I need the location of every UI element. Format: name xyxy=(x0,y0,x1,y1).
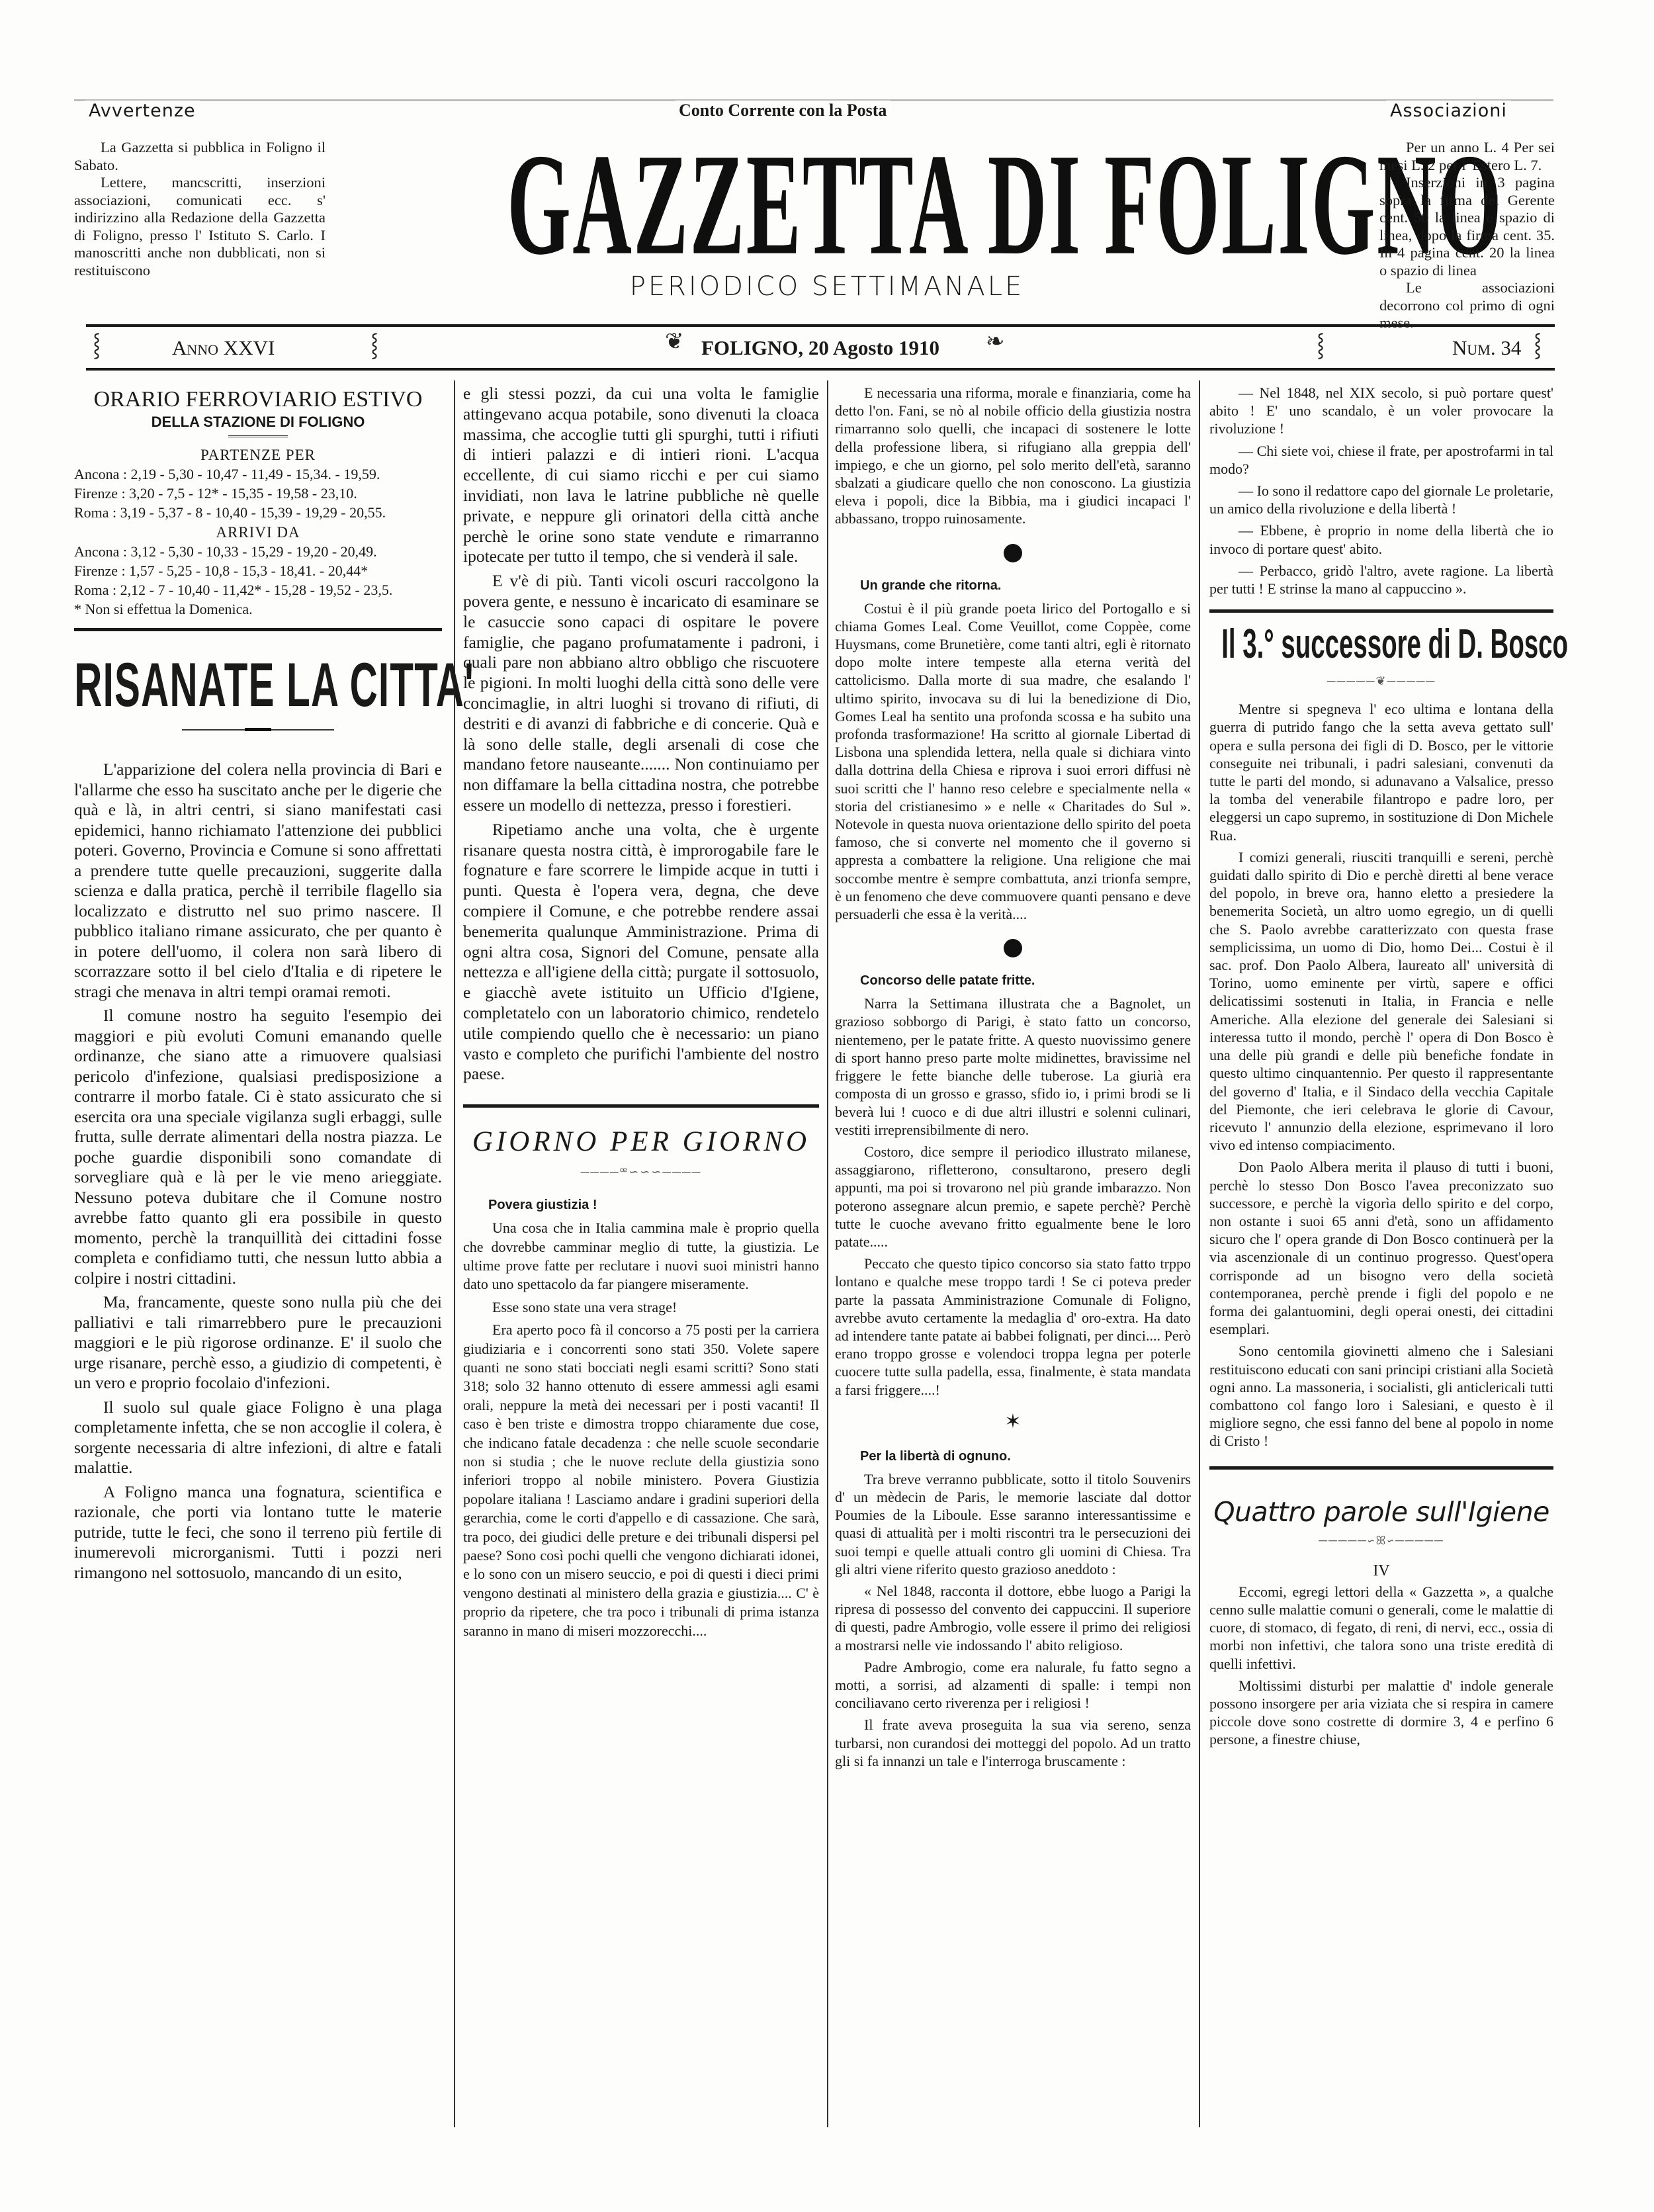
paragraph: — Io sono il redattore capo del giornale… xyxy=(1209,482,1553,517)
headline-quattro-parole: Quattro parole sull'Igiene xyxy=(1209,1493,1553,1530)
paragraph: E v'è di più. Tanti vicoli oscuri raccol… xyxy=(463,571,819,816)
city-label: Roma : xyxy=(74,504,116,521)
arrival-row: Firenze : 1,57 - 5,25 - 10,8 - 15,3 - 18… xyxy=(74,561,442,580)
bullet-separator-icon xyxy=(1004,544,1022,562)
paragraph: e gli stessi pozzi, da cui una volta le … xyxy=(463,384,819,567)
times: 2,19 - 5,30 - 10,47 - 11,49 - 15,34. - 1… xyxy=(131,466,380,482)
section-number: IV xyxy=(1209,1562,1553,1580)
anno-label: Anno XXVI xyxy=(172,336,275,360)
associazioni-label: Associazioni xyxy=(1386,101,1511,121)
departure-row: Ancona : 2,19 - 5,30 - 10,47 - 11,49 - 1… xyxy=(74,465,442,484)
paragraph: I comizi generali, riusciti tranquilli e… xyxy=(1209,848,1553,1154)
section-rule xyxy=(463,1104,819,1108)
paragraph: Moltissimi disturbi per malattie d' indo… xyxy=(1209,1677,1553,1749)
article-povera-giustizia: Una cosa che in Italia cammina male è pr… xyxy=(463,1219,819,1640)
paragraph: Il suolo sul quale giace Foligno è una p… xyxy=(74,1397,442,1478)
timetable-footnote: * Non si effettua la Domenica. xyxy=(74,599,442,619)
headline-risanate: RISANATE LA CITTA' xyxy=(74,650,442,720)
fleuron-icon: ❧ xyxy=(986,328,1005,355)
paragraph: Costoro, dice sempre il periodico illust… xyxy=(835,1143,1191,1251)
flourish-ornament-icon: ─────∽ꕤ∽───── xyxy=(1209,1530,1553,1550)
fleuron-icon: ❦ xyxy=(665,328,684,355)
paragraph: Costui è il più grande poeta lirico del … xyxy=(835,599,1191,924)
arrival-row: Roma : 2,12 - 7 - 10,40 - 11,42* - 15,28… xyxy=(74,580,442,599)
arrival-row: Ancona : 3,12 - 5,30 - 10,33 - 15,29 - 1… xyxy=(74,542,442,561)
avvertenze-text: La Gazzetta si pubblica in Foligno il Sa… xyxy=(74,139,326,174)
paragraph: Il comune nostro ha seguito l'esempio de… xyxy=(74,1006,442,1288)
arrivals-heading: ARRIVI DA xyxy=(74,523,442,542)
star-separator-icon: ✶ xyxy=(835,1411,1191,1433)
flourish-ornament-icon: ─────❦───── xyxy=(1209,671,1553,691)
column-4: — Nel 1848, nel XIX secolo, si può porta… xyxy=(1209,384,1553,1753)
paragraph: Don Paolo Albera merita il plauso di tut… xyxy=(1209,1158,1553,1338)
associazioni-text: Inserzioni in 3 pagina sopra la firma de… xyxy=(1379,174,1555,279)
paragraph: Eccomi, egregi lettori della « Gazzetta … xyxy=(1209,1583,1553,1673)
train-timetable: ORARIO FERROVIARIO ESTIVO DELLA STAZIONE… xyxy=(74,386,442,619)
newspaper-page: Avvertenze Conto Corrente con la Posta A… xyxy=(0,0,1654,2212)
paragraph: Era aperto poco fà il concorso a 75 post… xyxy=(463,1321,819,1640)
city-label: Firenze : xyxy=(74,485,126,502)
departure-row: Firenze : 3,20 - 7,5 - 12* - 15,35 - 19,… xyxy=(74,484,442,503)
paragraph: Padre Ambrogio, come era nalurale, fu fa… xyxy=(835,1658,1191,1712)
departure-row: Roma : 3,19 - 5,37 - 8 - 10,40 - 15,39 -… xyxy=(74,503,442,522)
departures-heading: PARTENZE PER xyxy=(74,446,442,465)
times: 1,57 - 5,25 - 10,8 - 15,3 - 18,41. - 20,… xyxy=(129,562,368,579)
associazioni-box: Per un anno L. 4 Per sei mesi L. 2 per l… xyxy=(1379,139,1555,332)
times: 2,12 - 7 - 10,40 - 11,42* - 15,28 - 19,5… xyxy=(120,582,393,598)
newspaper-subtitle: PERIODICO SETTIMANALE xyxy=(311,271,1343,302)
article-risanate-continued: e gli stessi pozzi, da cui una volta le … xyxy=(463,384,819,1084)
times: 3,20 - 7,5 - 12* - 15,35 - 19,58 - 23,10… xyxy=(129,485,357,502)
paragraph: Peccato che questo tipico concorso sia s… xyxy=(835,1255,1191,1399)
paragraph: A Foligno manca una fognatura, scientifi… xyxy=(74,1482,442,1583)
column-divider xyxy=(1199,380,1200,2127)
avvertenze-box: La Gazzetta si pubblica in Foligno il Sa… xyxy=(74,139,326,279)
city-label: Ancona : xyxy=(74,543,127,560)
article-risanate: L'apparizione del colera nella provincia… xyxy=(74,760,442,1583)
column-divider xyxy=(827,380,828,2127)
ornament-icon: ⸾ xyxy=(93,328,101,359)
issue-number: Num. 34 xyxy=(1452,336,1521,360)
ornament-icon: ⸾ xyxy=(370,328,378,359)
paragraph: — Chi siete voi, chiese il frate, per ap… xyxy=(1209,442,1553,478)
column-1: ORARIO FERROVIARIO ESTIVO DELLA STAZIONE… xyxy=(74,384,442,1587)
paragraph: Sono centomila giovinetti almeno che i S… xyxy=(1209,1342,1553,1450)
city-label: Firenze : xyxy=(74,562,126,579)
section-rule xyxy=(1209,609,1553,613)
city-label: Roma : xyxy=(74,582,116,598)
headline-successore-bosco: Il 3.° successore di D. Bosco xyxy=(1221,618,1542,671)
column-2: e gli stessi pozzi, da cui una volta le … xyxy=(463,384,819,1644)
column-3: E necessaria una riforma, morale e finan… xyxy=(835,384,1191,1774)
subheading-patate-fritte: Concorso delle patate fritte. xyxy=(860,971,1191,991)
paragraph: Esse sono state una vera strage! xyxy=(463,1298,819,1317)
associazioni-text: Per un anno L. 4 Per sei mesi L. 2 per l… xyxy=(1379,139,1555,174)
section-rule xyxy=(74,628,442,631)
timetable-subtitle: DELLA STAZIONE DI FOLIGNO xyxy=(74,413,442,431)
paragraph: L'apparizione del colera nella provincia… xyxy=(74,760,442,1002)
timetable-title: ORARIO FERROVIARIO ESTIVO xyxy=(74,386,442,413)
paragraph: Mentre si spegneva l' eco ultima e lonta… xyxy=(1209,700,1553,844)
bullet-separator-icon xyxy=(1004,939,1022,957)
paragraph: — Perbacco, gridò l'altro, avete ragione… xyxy=(1209,562,1553,597)
paragraph: — Ebbene, è proprio in nome della libert… xyxy=(1209,521,1553,557)
headline-giorno-per-giorno: GIORNO PER GIORNO xyxy=(463,1122,819,1162)
divider xyxy=(228,435,288,439)
paragraph: Ripetiamo anche una volta, che è urgente… xyxy=(463,820,819,1084)
newspaper-title: GAZZETTA DI FOLIGNO xyxy=(507,132,1147,278)
paragraph: « Nel 1848, racconta il dottore, ebbe lu… xyxy=(835,1582,1191,1654)
conto-corrente-label: Conto Corrente con la Posta xyxy=(675,101,891,120)
flourish-ornament-icon: ────ꟹ∽∽∽──── xyxy=(463,1162,819,1182)
paragraph: — Nel 1848, nel XIX secolo, si può porta… xyxy=(1209,384,1553,438)
section-rule xyxy=(1209,1466,1553,1470)
times: 3,19 - 5,37 - 8 - 10,40 - 15,39 - 19,29 … xyxy=(120,504,386,521)
paragraph: E necessaria una riforma, morale e finan… xyxy=(835,384,1191,528)
ornament-icon: ⸾ xyxy=(1534,328,1542,359)
avvertenze-label: Avvertenze xyxy=(85,101,200,121)
subheading-liberta: Per la libertà di ognuno. xyxy=(860,1446,1191,1466)
avvertenze-text: Lettere, mancscritti, inserzioni associa… xyxy=(74,174,326,279)
paragraph: Narra la Settimana illustrata che a Bagn… xyxy=(835,995,1191,1139)
issue-date: FOLIGNO, 20 Agosto 1910 xyxy=(701,336,939,360)
paragraph: Una cosa che in Italia cammina male è pr… xyxy=(463,1219,819,1294)
subheading-grande-ritorna: Un grande che ritorna. xyxy=(860,576,1191,596)
paragraph: Tra breve verranno pubblicate, sotto il … xyxy=(835,1470,1191,1578)
times: 3,12 - 5,30 - 10,33 - 15,29 - 19,20 - 20… xyxy=(131,543,377,560)
paragraph: Ma, francamente, queste sono nulla più c… xyxy=(74,1292,442,1394)
article-bosco: Mentre si spegneva l' eco ultima e lonta… xyxy=(1209,700,1553,1450)
ornament-icon: ⸾ xyxy=(1317,328,1325,359)
column-divider xyxy=(454,380,455,2127)
headline-separator xyxy=(182,729,334,730)
subheading-povera-giustizia: Povera giustizia ! xyxy=(488,1195,819,1215)
paragraph: Il frate aveva proseguita la sua via ser… xyxy=(835,1716,1191,1770)
city-label: Ancona : xyxy=(74,466,127,482)
